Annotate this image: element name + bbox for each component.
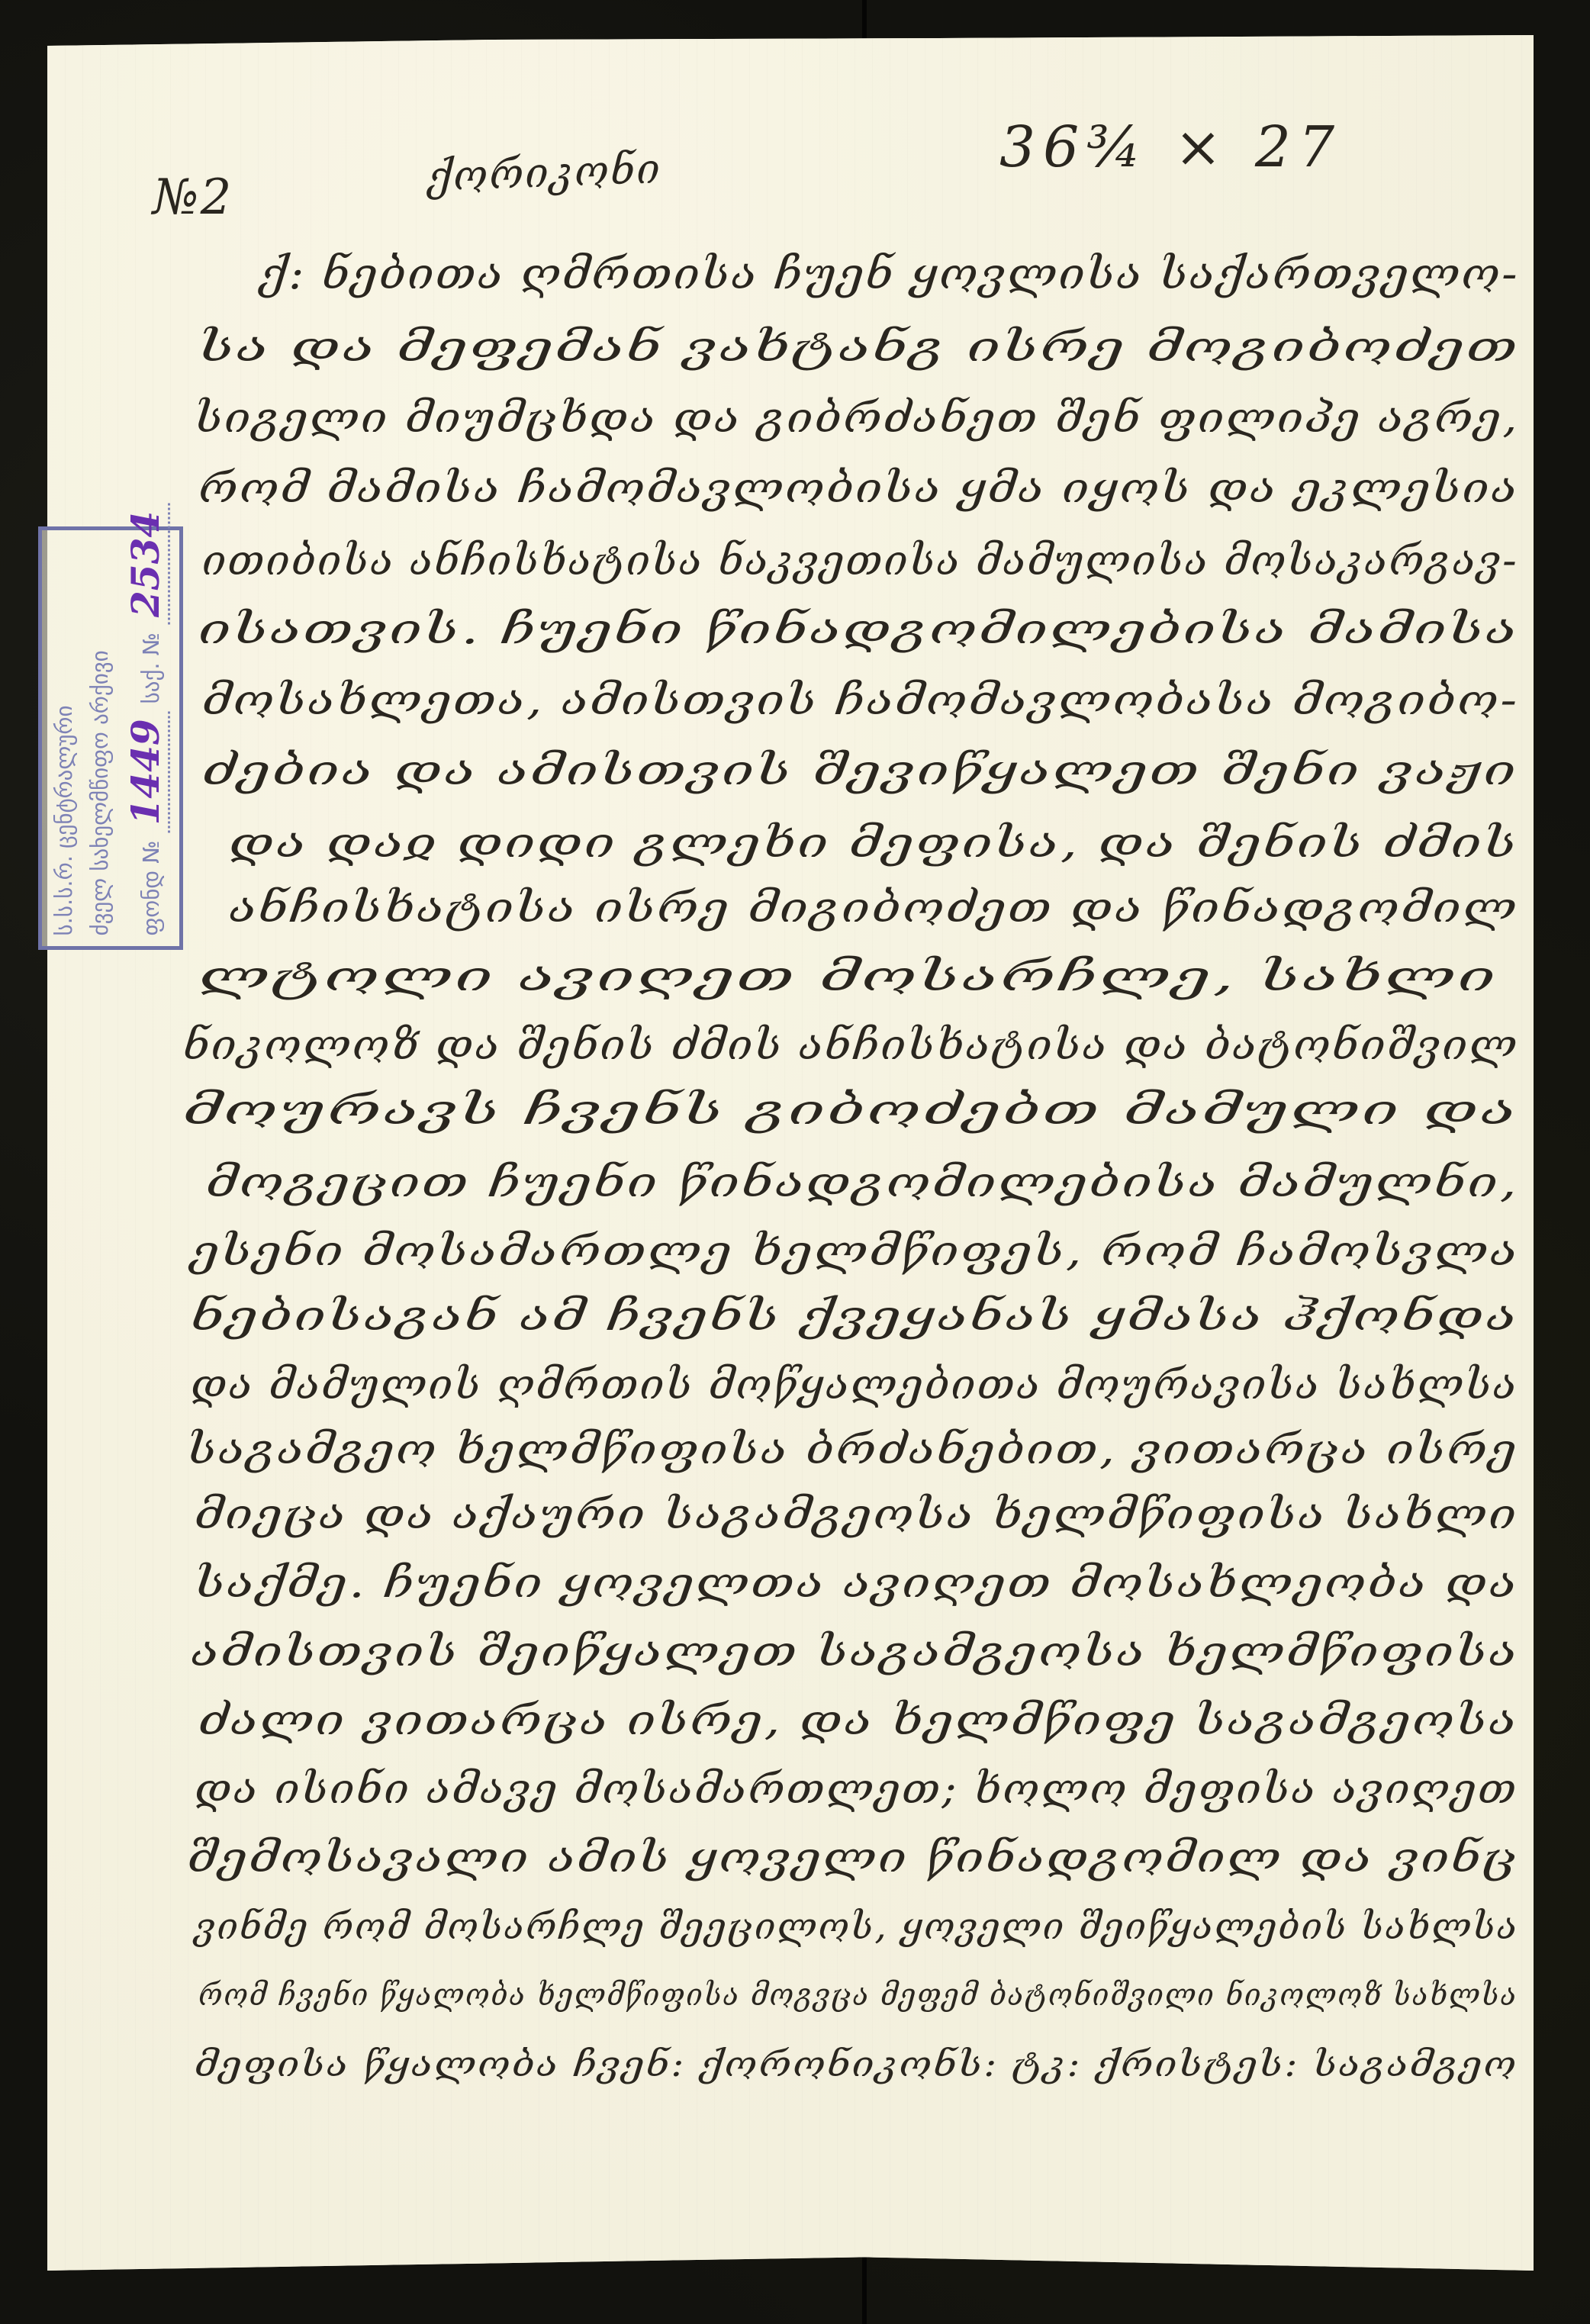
text-line: და დაჲ დიდი გლეხი მეფისა, და შენის ძმის — [229, 820, 1518, 866]
text-line: სა და მეფემან ვახტანგ ისრე მოგიბოძეთ — [198, 324, 1519, 370]
text-line: შემოსავალი ამის ყოველი წინადგომილ და ვინ… — [187, 1835, 1518, 1881]
text-line: მეფისა წყალობა ჩვენ: ქორონიკონს: ტკ: ქრი… — [195, 2041, 1518, 2087]
text-line: ამისთვის შეიწყალეთ საგამგეოსა ხელმწიფისა — [191, 1629, 1518, 1675]
page-number: №2 — [153, 169, 233, 226]
stamp-case-label: საქ. № — [138, 633, 164, 703]
stamp-fond-label: ფონდ № — [138, 840, 164, 935]
text-line: ძებია და ამისთვის შევიწყალეთ შენი ვაჟი — [202, 748, 1518, 793]
text-line: მიეცა და აქაური საგამგეოსა ხელმწიფისა სა… — [195, 1492, 1518, 1537]
text-line: ნებისაგან ამ ჩვენს ქვეყანას ყმასა ჰქონდა — [191, 1293, 1518, 1339]
stamp-case-number: 2534 — [123, 503, 170, 624]
text-line: საქმე. ჩუენი ყოველთა ავიღეთ მოსახლეობა დ… — [195, 1560, 1518, 1606]
text-line: ანჩისხატისა ისრე მიგიბოძეთ და წინადგომილ — [229, 885, 1518, 931]
text-line: ვინმე რომ მოსარჩლე შეეცილოს, ყოველი შეიწ… — [195, 1904, 1518, 1949]
text-line: და მამულის ღმრთის მოწყალებითა მოურავისა … — [191, 1362, 1518, 1408]
text-line: მოგეცით ჩუენი წინადგომილებისა მამულნი, — [206, 1160, 1518, 1205]
text-line: რომ ჩვენი წყალობა ხელმწიფისა მოგვცა მეფე… — [198, 1972, 1518, 2018]
text-line: ძალი ვითარცა ისრე, და ხელმწიფე საგამგეოს… — [198, 1698, 1518, 1743]
text-line: სიგელი მიუმცხდა და გიბრძანეთ შენ ფილიპე … — [195, 395, 1519, 441]
text-line: ისათვის. ჩუენი წინადგომილებისა მამისა — [198, 607, 1518, 652]
document-title: ქორიკონი — [426, 144, 662, 201]
text-line: ნიკოლოზ და შენის ძმის ანჩისხატისა და ბატ… — [183, 1022, 1518, 1068]
stamp-line-1: ს.ს.ს.რ. ცენტრალური — [51, 705, 77, 935]
stamp-line-2: ძველ სახელმწიფო არქივი — [87, 650, 113, 935]
page-dimensions-note: 36¾ × 27 — [999, 114, 1342, 180]
text-line: ქ: ნებითა ღმრთისა ჩუენ ყოვლისა საქართველ… — [259, 252, 1519, 298]
text-line: ლტოლი ავიღეთ მოსარჩლე, სახლი — [198, 954, 1498, 999]
text-line: ითიბისა ანჩისხატისა ნაკვეთისა მამულისა მ… — [202, 538, 1518, 584]
text-line: საგამგეო ხელმწიფისა ბრძანებით, ვითარცა ი… — [187, 1427, 1518, 1473]
text-line: რომ მამისა ჩამომავლობისა ყმა იყოს და ეკლ… — [198, 465, 1518, 511]
text-line: ესენი მოსამართლე ხელმწიფეს, რომ ჩამოსვლა — [191, 1228, 1519, 1274]
stamp-fond-number: 1449 — [123, 711, 170, 832]
text-line: და ისინი ამავე მოსამართლეთ; ხოლო მეფისა … — [195, 1766, 1518, 1812]
archive-stamp: ს.ს.ს.რ. ცენტრალური ძველ სახელმწიფო არქი… — [38, 526, 183, 950]
text-line: მოურავს ჩვენს გიბოძებთ მამული და — [183, 1087, 1518, 1133]
text-line: მოსახლეთა, ამისთვის ჩამომავლობასა მოგიბო… — [202, 678, 1518, 723]
